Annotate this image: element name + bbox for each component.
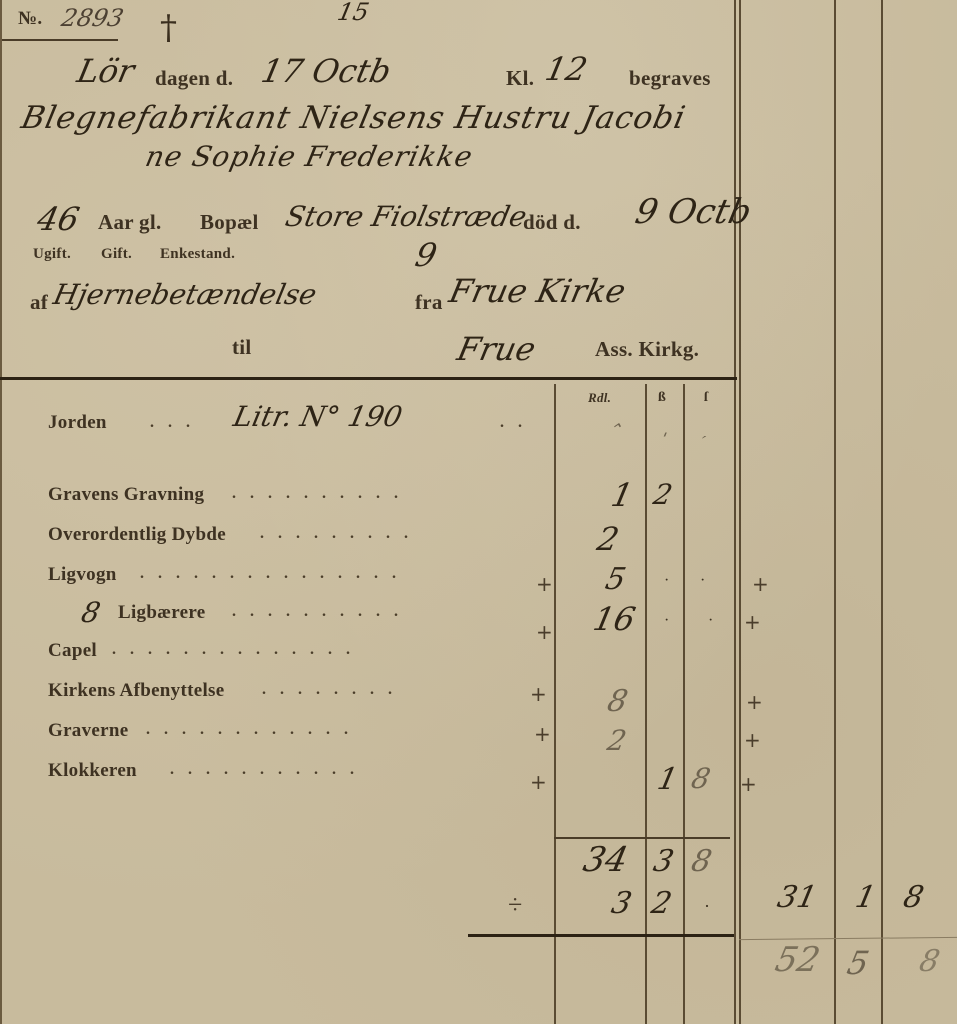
amount-rdl: 1	[608, 476, 636, 514]
weekday-suffix: dagen d.	[155, 66, 233, 91]
leader-dots: ........	[262, 681, 406, 699]
net-sk2: 8	[900, 880, 927, 915]
plot-number: Litr. N° 190	[230, 400, 405, 433]
ledger-row-label-hearse: Ligvogn	[48, 564, 117, 586]
amount-sk: ·	[664, 572, 669, 590]
death-date: 9 Octb	[632, 192, 755, 232]
amount-col-rule-sk	[645, 384, 647, 1024]
cross-mark: †	[160, 8, 177, 48]
cause-value: Hjernebetændelse	[50, 278, 319, 311]
amount-rdl: 16	[590, 600, 639, 638]
bearer-count: 8	[78, 596, 103, 629]
check-mark: +	[530, 682, 547, 706]
ledger-col-rule-2	[881, 0, 883, 1024]
burial-label: begraves	[629, 66, 711, 91]
ledger-row-label-church-use: Kirkens Afbenyttelse	[48, 680, 224, 702]
total-rdl: 34	[580, 840, 632, 880]
pencil-total-sk2: 8	[916, 944, 943, 979]
death-label: död d.	[523, 210, 581, 235]
col-header-skilling: ß	[658, 390, 666, 406]
col-mark-3: ˏ	[701, 420, 711, 440]
status-widowed: Enkestand.	[160, 246, 235, 263]
amount-rdl: 8	[604, 684, 631, 719]
header-divider	[0, 377, 737, 380]
page-mark: 15	[335, 0, 371, 26]
col-header-skilling-2: ſ	[704, 390, 708, 406]
amount-rdl: 5	[602, 562, 629, 597]
right-check-mark: +	[746, 690, 763, 714]
check-mark: +	[536, 572, 553, 596]
total-sk2: 8	[688, 844, 715, 879]
ledger-row-label-pallbearers: Ligbærere	[118, 602, 206, 624]
net-sk: 1	[852, 880, 879, 915]
ledger-row-label-jorden: Jorden	[48, 412, 107, 434]
time-label: Kl.	[506, 66, 534, 91]
number-label: №.	[18, 8, 42, 30]
subtotal-rule	[554, 837, 730, 839]
col-mark-1: ⌃	[606, 420, 623, 439]
deduction-rdl: 3	[608, 886, 635, 921]
record-number: 2893	[59, 4, 126, 32]
col-header-rigsdaler: Rdl.	[588, 390, 611, 406]
check-mark: +	[536, 620, 553, 644]
burial-weekday: Lör	[74, 52, 138, 90]
from-label: fra	[415, 290, 443, 315]
total-rule	[468, 934, 734, 937]
cause-label: af	[30, 290, 48, 315]
residence-value: Store Fiolstræde	[282, 200, 529, 233]
deduction-symbol: ÷	[508, 890, 522, 920]
pencil-total-sk: 5	[844, 944, 872, 982]
leader-dots: .........	[260, 525, 422, 543]
deduction-sk2: ·	[704, 896, 710, 917]
from-value: Frue Kirke	[446, 272, 629, 310]
form-right-border-b	[739, 0, 741, 1024]
leader-dots: ..........	[232, 485, 412, 503]
total-sk: 3	[650, 844, 677, 879]
amount-rdl: 2	[594, 520, 622, 558]
amount-sk: ·	[664, 612, 669, 630]
pencil-total-rdl: 52	[772, 940, 824, 980]
amount-col-rule-left	[554, 384, 556, 1024]
deduction-sk: 2	[648, 886, 675, 921]
leader-dots: ...	[150, 414, 204, 432]
leader-dots: ...............	[140, 565, 410, 583]
left-border	[0, 0, 2, 1024]
right-check-mark: +	[744, 610, 761, 634]
residence-label: Bopæl	[200, 210, 259, 235]
status-unmarried: Ugift.	[33, 246, 71, 263]
ledger-row-label-grave-digging: Gravens Gravning	[48, 484, 204, 506]
ledger-row-label-chapel: Capel	[48, 640, 97, 662]
net-rdl: 31	[774, 880, 820, 915]
right-check-mark: +	[740, 772, 757, 796]
ledger-row-label-extra-depth: Overordentlig Dybde	[48, 524, 226, 546]
leader-dots: ..............	[112, 641, 364, 659]
ledger-row-label-bell-ringer: Klokkeren	[48, 760, 137, 782]
col-mark-2: ˌ	[662, 420, 671, 439]
burial-date: 17 Octb	[258, 52, 394, 90]
to-value: Frue	[454, 330, 539, 368]
deceased-line-1: Blegnefabrikant Nielsens Hustru Jacobi	[18, 100, 689, 136]
leader-dots: ..........	[232, 603, 412, 621]
right-check-mark: +	[744, 728, 761, 752]
right-check-mark: +	[752, 572, 769, 596]
status-married: Gift.	[101, 246, 132, 263]
amount-sk2: ·	[700, 572, 705, 590]
check-mark: +	[534, 722, 551, 746]
form-right-border-a	[734, 0, 736, 1024]
amount-sk: 1	[654, 762, 681, 797]
leader-dots: ...........	[170, 761, 368, 779]
ledger-row-label-gravediggers: Graverne	[48, 720, 128, 742]
header-underline	[2, 39, 118, 41]
amount-sk: 2	[650, 478, 675, 511]
amount-rdl: 2	[604, 724, 629, 757]
ledger-col-rule-1	[834, 0, 836, 1024]
deceased-line-2: ne Sophie Frederikke	[142, 140, 476, 173]
cemetery-label: Ass. Kirkg.	[595, 337, 699, 362]
leader-dots: ..	[500, 414, 536, 432]
burial-time: 12	[542, 50, 591, 88]
leader-dots: ............	[146, 721, 362, 739]
amount-sk2: 8	[688, 762, 713, 795]
age-label: Aar gl.	[98, 210, 162, 235]
check-mark: +	[530, 770, 547, 794]
amount-col-rule-sk2	[683, 384, 685, 1024]
net-rule	[739, 937, 957, 940]
age-value: 46	[34, 200, 83, 238]
to-label: til	[232, 335, 252, 360]
amount-sk2: ·	[708, 612, 713, 630]
death-day-note: 9	[412, 236, 440, 274]
